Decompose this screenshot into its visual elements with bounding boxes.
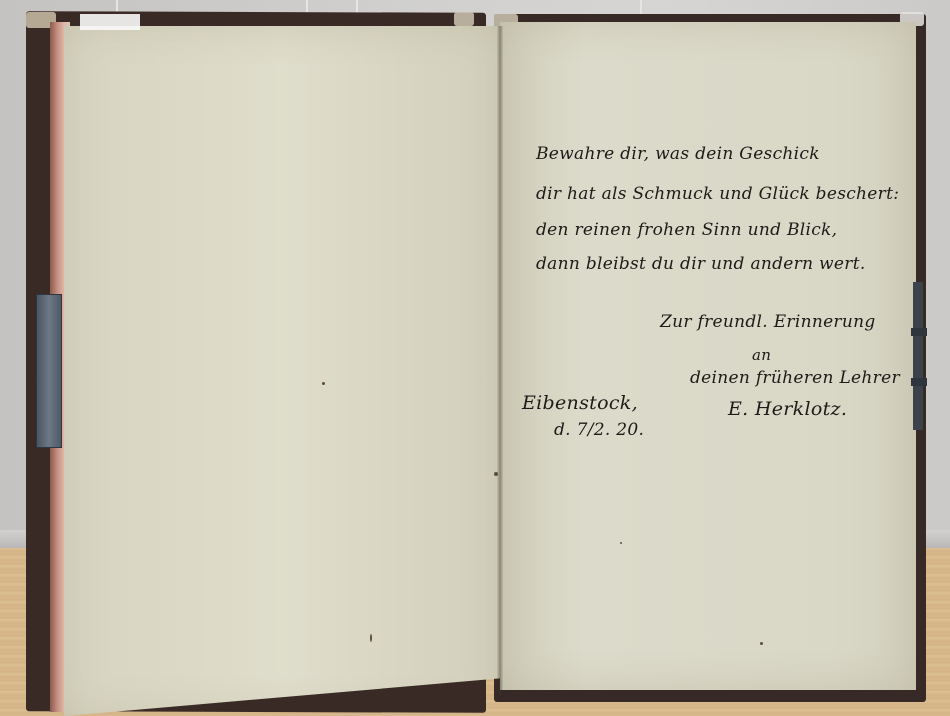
signature: E. Herklotz. [728,398,847,420]
tape-strip [80,14,140,30]
clasp-right [913,282,923,430]
paper-speck [620,542,622,544]
clasp-tab [911,328,927,336]
dedication-line-2: an [752,346,771,364]
poem-line-2: dir hat als Schmuck und Glück beschert: [536,186,899,203]
poem-line-1: Bewahre dir, was dein Geschick [536,146,820,163]
right-page [500,22,916,690]
clasp-left [36,294,62,448]
paper-speck [760,642,763,645]
poem-line-3: den reinen frohen Sinn und Blick, [536,222,837,239]
clasp-tab [911,378,927,386]
paper-speck [322,382,325,385]
book-gutter [497,26,503,696]
place-name: Eibenstock, [522,392,638,414]
poem-line-4: dann bleibst du dir und andern wert. [536,256,866,273]
dedication-line-3: deinen früheren Lehrer [690,368,900,388]
date: d. 7/2. 20. [554,420,644,440]
dedication-line-1: Zur freundl. Erinnerung [660,312,876,332]
paper-speck [370,634,372,642]
left-page [64,26,504,716]
cover-corner-wear [454,12,474,26]
